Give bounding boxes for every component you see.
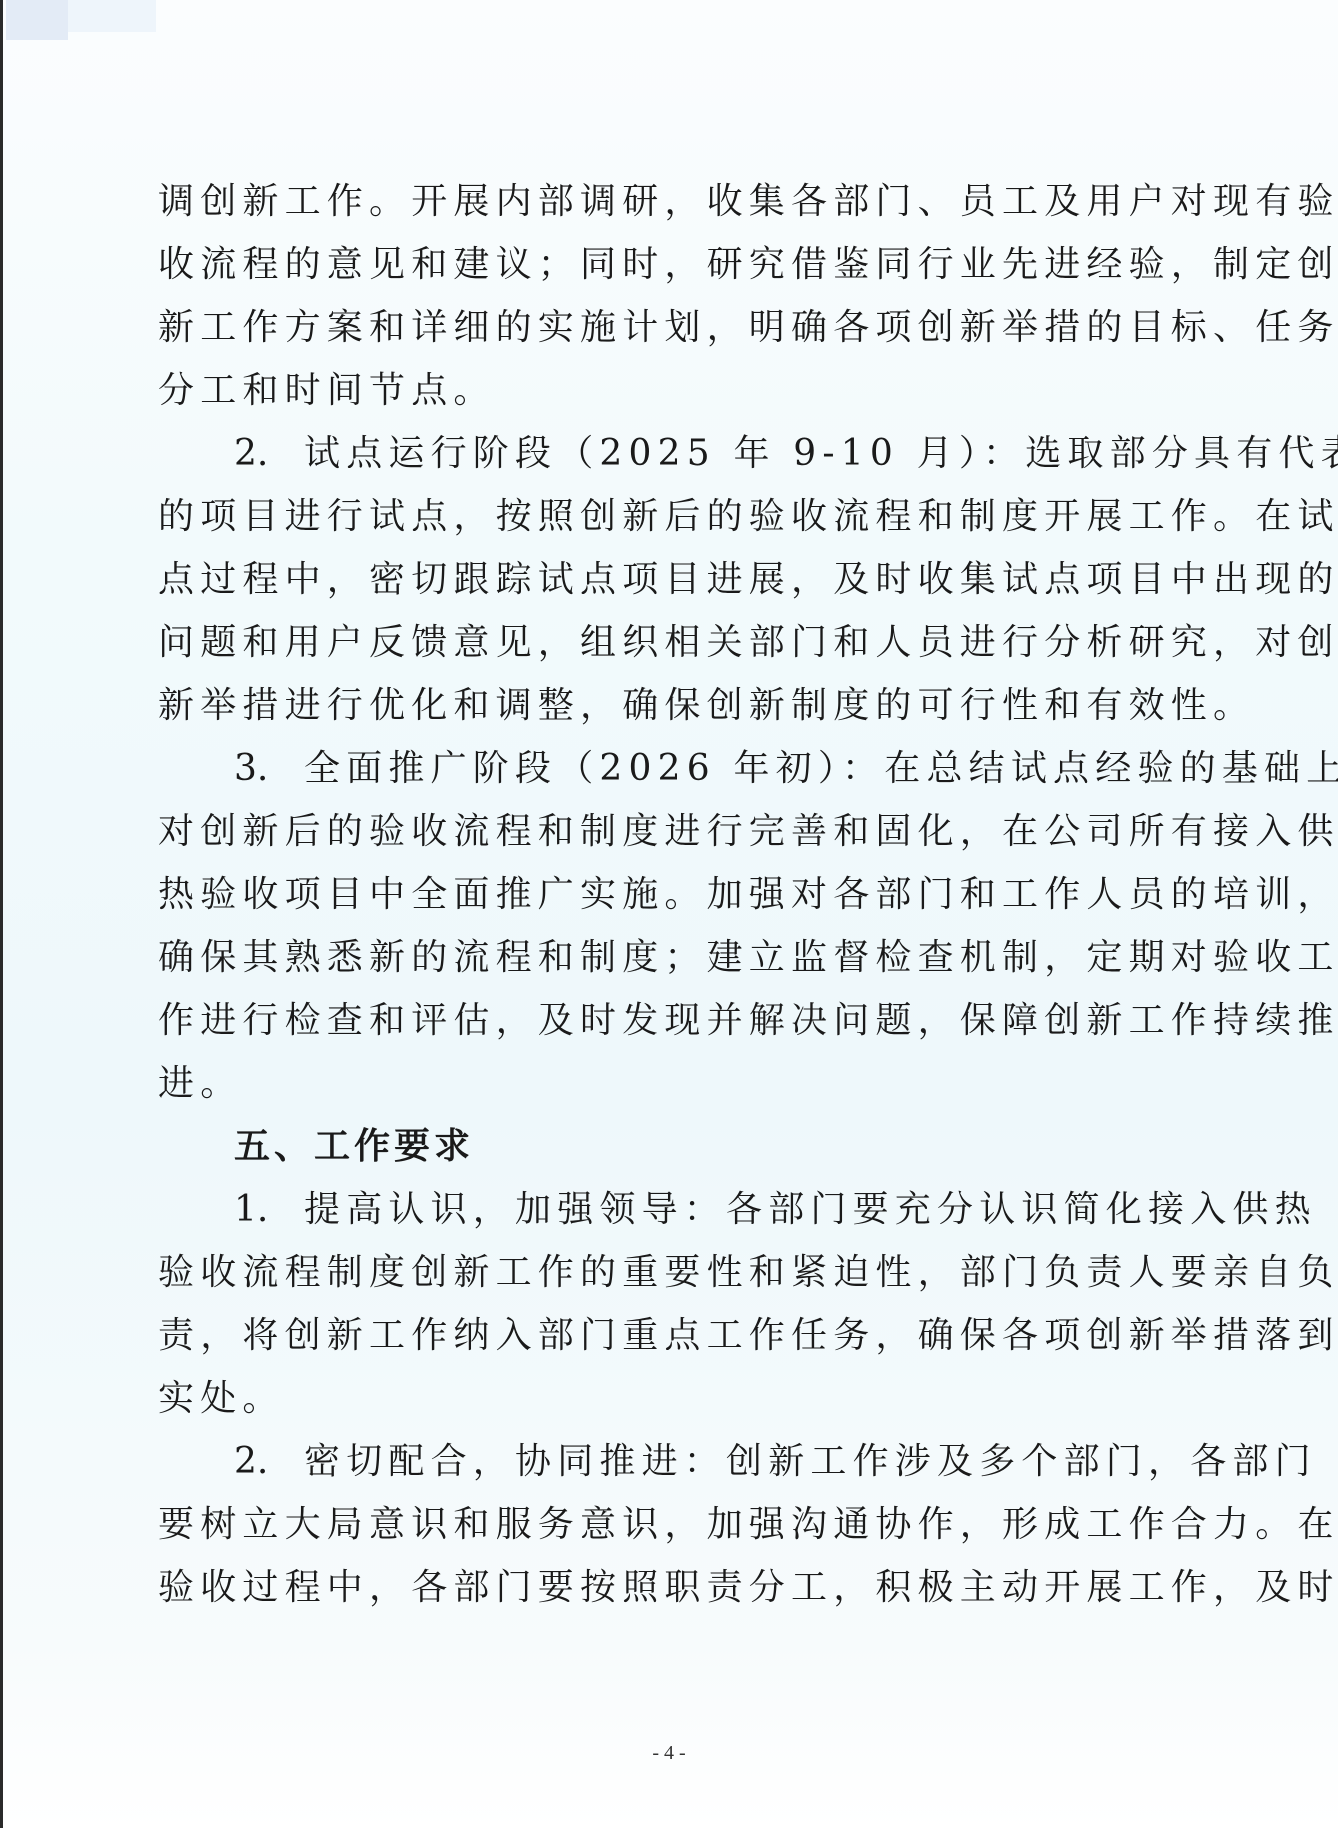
text-line: 调创新工作。开展内部调研，收集各部门、员工及用户对现有验 [158, 170, 1184, 233]
scan-corner-artifact-2 [68, 0, 156, 32]
text-line: 作进行检查和评估，及时发现并解决问题，保障创新工作持续推 [158, 989, 1184, 1052]
paragraph-continuation: 调创新工作。开展内部调研，收集各部门、员工及用户对现有验 收流程的意见和建议；同… [158, 170, 1184, 422]
item-number: 3. [234, 737, 304, 800]
text-line: 分工和时间节点。 [158, 359, 1184, 422]
paragraph-raise-awareness: 1.提高认识，加强领导：各部门要充分认识简化接入供热 验收流程制度创新工作的重要… [158, 1178, 1184, 1430]
text-line: 点过程中，密切跟踪试点项目进展，及时收集试点项目中出现的 [158, 548, 1184, 611]
text-line: 要树立大局意识和服务意识，加强沟通协作，形成工作合力。在 [158, 1493, 1184, 1556]
scan-corner-artifact [6, 0, 68, 40]
text-line: 进。 [158, 1052, 1184, 1115]
item-number: 2. [234, 422, 304, 485]
paragraph-cooperation: 2.密切配合，协同推进：创新工作涉及多个部门，各部门 要树立大局意识和服务意识，… [158, 1430, 1184, 1619]
text-line-content: 密切配合，协同推进：创新工作涉及多个部门，各部门 [304, 1441, 1317, 1482]
text-line: 验收流程制度创新工作的重要性和紧迫性，部门负责人要亲自负 [158, 1241, 1184, 1304]
text-line-content: 全面推广阶段（2026 年初）：在总结试点经验的基础上， [304, 748, 1338, 789]
page-number: - 4 - [0, 1742, 1338, 1765]
scan-edge [0, 0, 3, 1828]
paragraph-rollout-phase: 3.全面推广阶段（2026 年初）：在总结试点经验的基础上， 对创新后的验收流程… [158, 737, 1184, 1115]
text-line: 确保其熟悉新的流程和制度；建立监督检查机制，定期对验收工 [158, 926, 1184, 989]
text-line: 热验收项目中全面推广实施。加强对各部门和工作人员的培训， [158, 863, 1184, 926]
text-line: 3.全面推广阶段（2026 年初）：在总结试点经验的基础上， [158, 737, 1184, 800]
text-line: 问题和用户反馈意见，组织相关部门和人员进行分析研究，对创 [158, 611, 1184, 674]
item-number: 1. [234, 1178, 304, 1241]
text-line: 2.密切配合，协同推进：创新工作涉及多个部门，各部门 [158, 1430, 1184, 1493]
text-line-content: 试点运行阶段（2025 年 9-10 月）：选取部分具有代表性 [304, 433, 1338, 474]
text-line: 责，将创新工作纳入部门重点工作任务，确保各项创新举措落到 [158, 1304, 1184, 1367]
text-line: 新工作方案和详细的实施计划，明确各项创新举措的目标、任务 [158, 296, 1184, 359]
text-line: 2.试点运行阶段（2025 年 9-10 月）：选取部分具有代表性 [158, 422, 1184, 485]
item-number: 2. [234, 1430, 304, 1493]
document-body: 调创新工作。开展内部调研，收集各部门、员工及用户对现有验 收流程的意见和建议；同… [158, 170, 1184, 1619]
text-line-content: 提高认识，加强领导：各部门要充分认识简化接入供热 [304, 1189, 1317, 1230]
text-line: 1.提高认识，加强领导：各部门要充分认识简化接入供热 [158, 1178, 1184, 1241]
text-line: 实处。 [158, 1367, 1184, 1430]
text-line: 验收过程中，各部门要按照职责分工，积极主动开展工作，及时 [158, 1556, 1184, 1619]
paragraph-pilot-phase: 2.试点运行阶段（2025 年 9-10 月）：选取部分具有代表性 的项目进行试… [158, 422, 1184, 737]
text-line: 对创新后的验收流程和制度进行完善和固化，在公司所有接入供 [158, 800, 1184, 863]
text-line: 新举措进行优化和调整，确保创新制度的可行性和有效性。 [158, 674, 1184, 737]
text-line: 的项目进行试点，按照创新后的验收流程和制度开展工作。在试 [158, 485, 1184, 548]
section-heading: 五、工作要求 [158, 1115, 1184, 1178]
text-line: 收流程的意见和建议；同时，研究借鉴同行业先进经验，制定创 [158, 233, 1184, 296]
